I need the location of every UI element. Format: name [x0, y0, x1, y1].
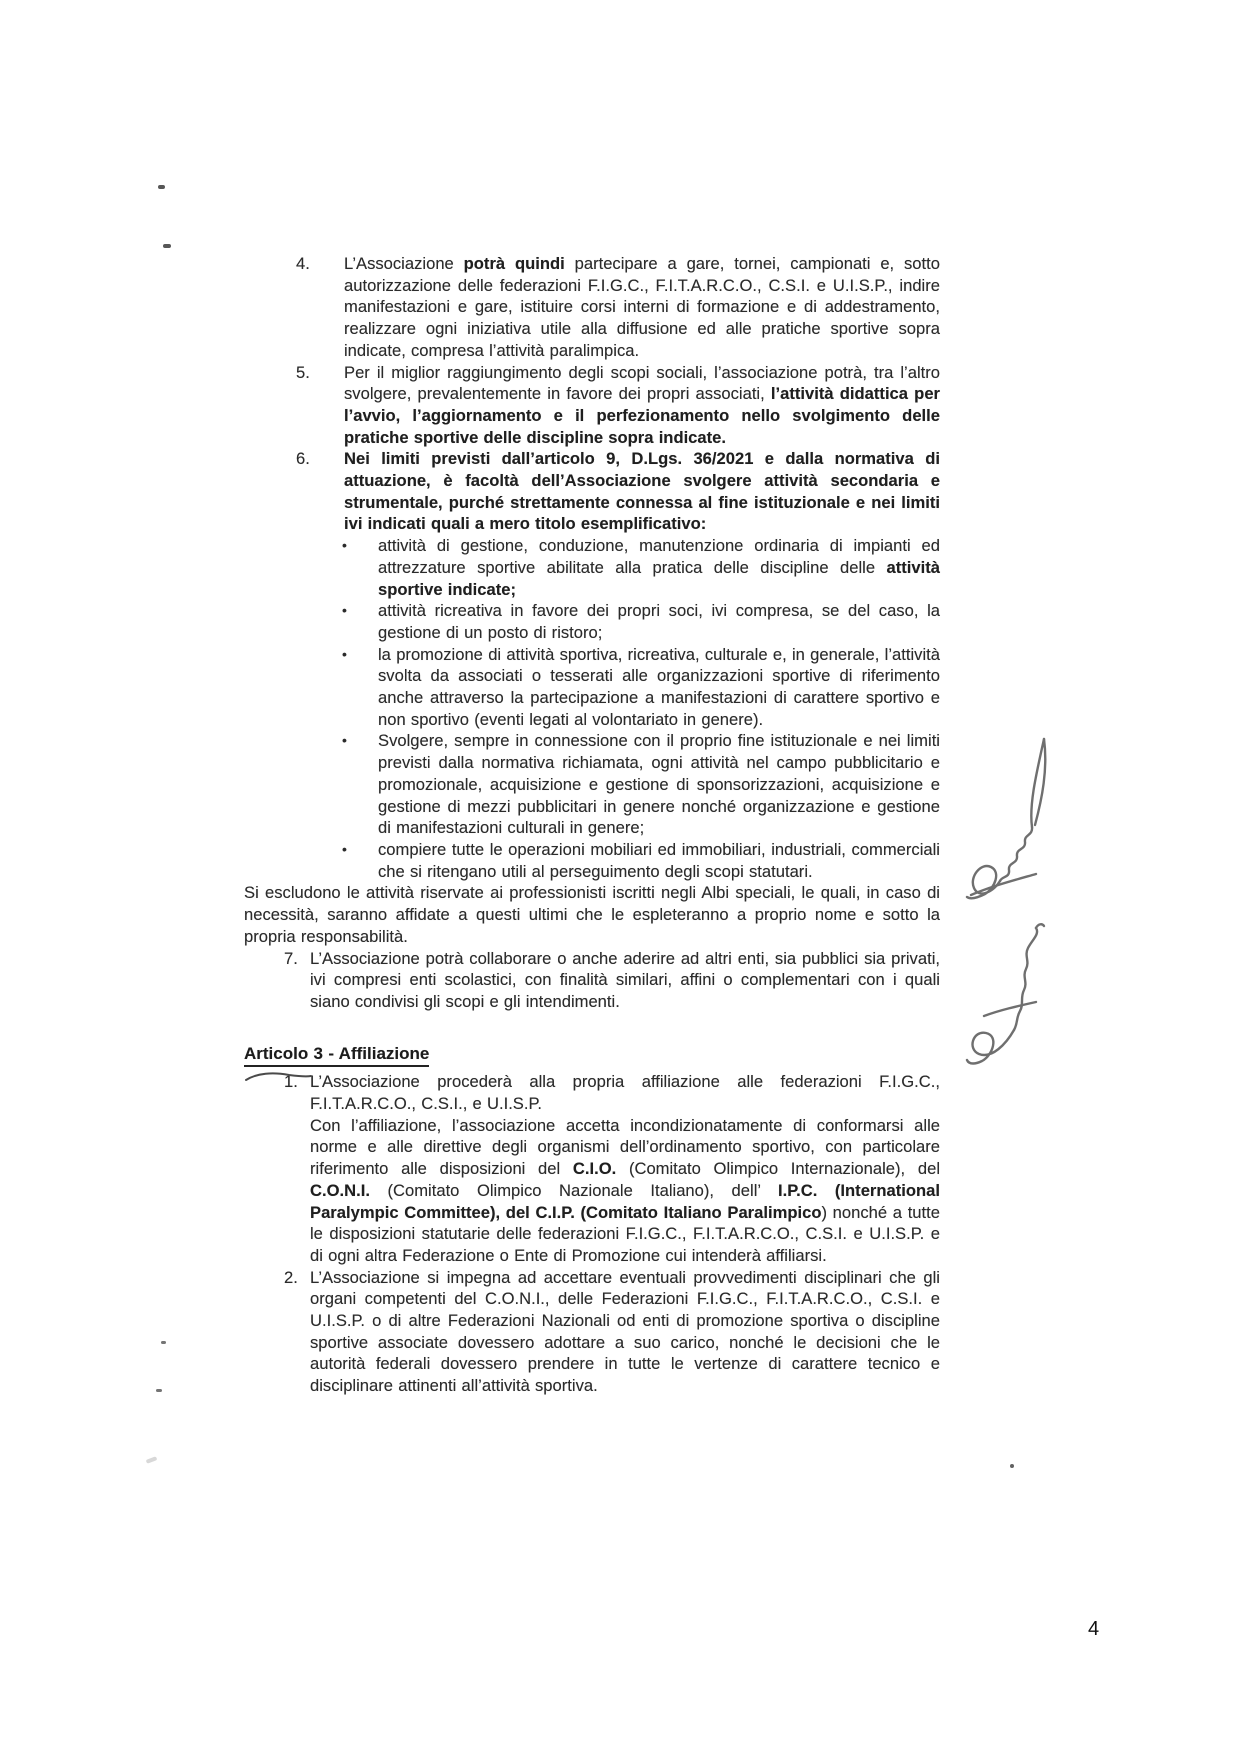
scan-speck — [146, 1456, 158, 1464]
bullet-body: attività ricreativa in favore dei propri… — [378, 600, 940, 643]
article-3-heading: Articolo 3 - Affiliazione — [244, 1043, 940, 1068]
bullet-item-3: • la promozione di attività sportiva, ri… — [244, 644, 940, 731]
bullet-dot: • — [342, 644, 378, 666]
text-run-bold: C.I.O. — [573, 1159, 616, 1178]
numbered-item-6: 6. Nei limiti previsti dall’articolo 9, … — [244, 448, 940, 535]
item-number: 7. — [284, 948, 310, 970]
affiliation-item-2: 2. L’Associazione si impegna ad accettar… — [244, 1267, 940, 1397]
scan-speck — [163, 244, 171, 248]
scan-speck — [158, 185, 165, 189]
page-number: 4 — [1088, 1618, 1099, 1641]
text-run: attività ricreativa in favore dei propri… — [378, 601, 940, 642]
bullet-item-2: • attività ricreativa in favore dei prop… — [244, 600, 940, 643]
item-body: L’Associazione potrà quindi partecipare … — [344, 253, 940, 362]
exclusion-paragraph: Si escludono le attività riservate ai pr… — [244, 882, 940, 947]
affiliation-paragraph-1: L’Associazione procederà alla propria af… — [310, 1072, 940, 1113]
item-body: L’Associazione procederà alla propria af… — [310, 1071, 940, 1266]
bullet-body: Svolgere, sempre in connessione con il p… — [378, 730, 940, 839]
text-run-bold: Nei limiti previsti dall’articolo 9, D.L… — [344, 449, 940, 533]
bullet-dot: • — [342, 839, 378, 861]
bullet-body: compiere tutte le operazioni mobiliari e… — [378, 839, 940, 882]
affiliation-item-1: 1. L’Associazione procederà alla propria… — [244, 1071, 940, 1266]
handwritten-signature-2 — [958, 918, 1068, 1080]
numbered-item-5: 5. Per il miglior raggiungimento degli s… — [244, 362, 940, 449]
text-run: L’Associazione — [344, 254, 464, 273]
handwritten-signature-1 — [958, 733, 1068, 915]
scan-speck — [1010, 1464, 1014, 1468]
item-number: 2. — [284, 1267, 310, 1289]
bullet-item-5: • compiere tutte le operazioni mobiliari… — [244, 839, 940, 882]
bullet-dot: • — [342, 600, 378, 622]
numbered-item-4: 4. L’Associazione potrà quindi partecipa… — [244, 253, 940, 362]
item-number: 4. — [296, 253, 344, 275]
text-run: (Comitato Olimpico Nazionale Italiano), … — [370, 1181, 778, 1200]
article-3-heading-text: Articolo 3 - Affiliazione — [244, 1043, 429, 1068]
item-body: L’Associazione si impegna ad accettare e… — [310, 1267, 940, 1397]
text-run: la promozione di attività sportiva, ricr… — [378, 645, 940, 729]
affiliation-paragraph-2: Con l’affiliazione, l’associazione accet… — [310, 1116, 940, 1265]
scan-speck — [161, 1341, 166, 1344]
bullet-item-1: • attività di gestione, conduzione, manu… — [244, 535, 940, 600]
bullet-body: la promozione di attività sportiva, ricr… — [378, 644, 940, 731]
scanned-document-page: 4. L’Associazione potrà quindi partecipa… — [0, 0, 1241, 1755]
text-run-bold: potrà quindi — [464, 254, 565, 273]
text-run: (Comitato Olimpico Internazionale), del — [616, 1159, 940, 1178]
text-run-bold: C.O.N.I. — [310, 1181, 370, 1200]
bullet-item-4: • Svolgere, sempre in connessione con il… — [244, 730, 940, 839]
item-body: L’Associazione potrà collaborare o anche… — [310, 948, 940, 1013]
item-body: Nei limiti previsti dall’articolo 9, D.L… — [344, 448, 940, 535]
item-number: 1. — [284, 1071, 310, 1093]
item-number: 5. — [296, 362, 344, 384]
scan-speck — [156, 1389, 162, 1392]
text-run: compiere tutte le operazioni mobiliari e… — [378, 840, 940, 881]
bullet-body: attività di gestione, conduzione, manute… — [378, 535, 940, 600]
bullet-dot: • — [342, 730, 378, 752]
item-body: Per il miglior raggiungimento degli scop… — [344, 362, 940, 449]
document-text-block: 4. L’Associazione potrà quindi partecipa… — [244, 253, 940, 1397]
text-run: Svolgere, sempre in connessione con il p… — [378, 731, 940, 837]
text-run: attività di gestione, conduzione, manute… — [378, 536, 940, 577]
item-number: 6. — [296, 448, 344, 470]
bullet-dot: • — [342, 535, 378, 557]
numbered-item-7: 7. L’Associazione potrà collaborare o an… — [244, 948, 940, 1013]
